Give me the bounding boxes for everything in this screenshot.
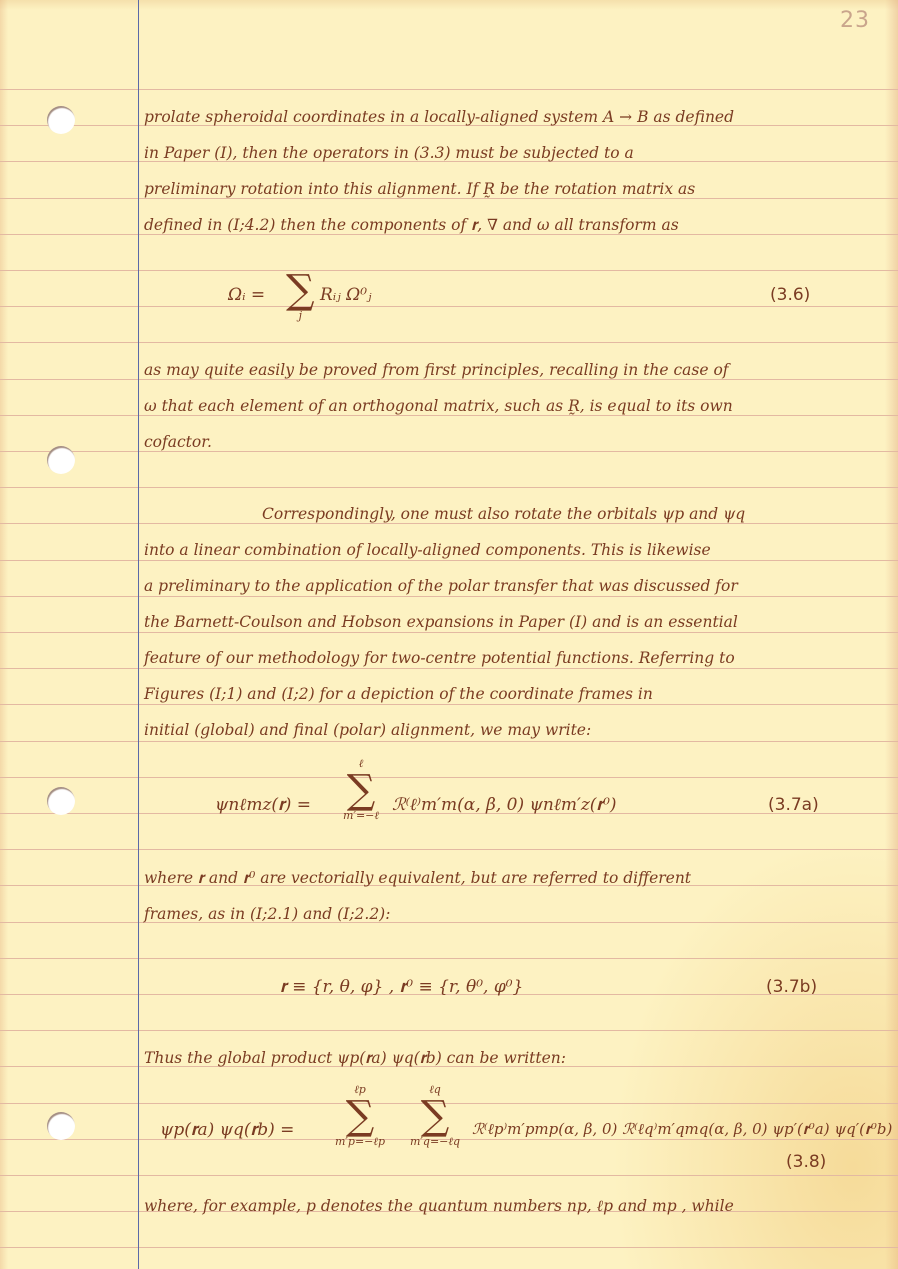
sum-lower-limit: m′=−ℓ <box>336 810 386 822</box>
text-line: feature of our methodology for two-centr… <box>144 649 884 667</box>
equation-label: (3.8) <box>786 1152 826 1172</box>
text-line: Figures (I;1) and (I;2) for a depiction … <box>144 685 884 703</box>
page-number: 23 <box>840 8 870 33</box>
sum-lower-limit: m′q=−ℓq <box>400 1136 470 1148</box>
equation-content: 𝐫 ≡ {r, θ, φ} , 𝐫⁰ ≡ {r, θ⁰, φ⁰} <box>280 977 523 997</box>
text-line: Thus the global product ψp(𝐫a) ψq(𝐫b) ca… <box>144 1049 884 1068</box>
rule-line <box>0 198 898 199</box>
summation-q: ℓq ∑ m′q=−ℓq <box>400 1084 470 1148</box>
rule-line <box>0 451 898 452</box>
text-line: as may quite easily be proved from first… <box>144 361 884 379</box>
rule-line <box>0 270 898 271</box>
equation-rhs: Rᵢⱼ Ω⁰ⱼ <box>320 285 372 305</box>
punch-hole <box>47 106 75 134</box>
text-line: preliminary rotation into this alignment… <box>144 180 884 198</box>
margin-line <box>138 0 139 1269</box>
text-line: prolate spheroidal coordinates in a loca… <box>144 108 884 126</box>
text-line: cofactor. <box>144 433 884 451</box>
rule-line <box>0 379 898 380</box>
equation-label: (3.7a) <box>768 795 819 815</box>
rule-line <box>0 668 898 669</box>
equation-label: (3.6) <box>770 285 810 305</box>
equation-rhs: ℛ⁽ℓ⁾m′m(α, β, 0) ψnℓm′z(𝐫⁰) <box>392 795 617 815</box>
rule-line <box>0 342 898 343</box>
summation-p: ℓp ∑ m′p=−ℓp <box>325 1084 395 1148</box>
punch-hole <box>47 787 75 815</box>
rule-line <box>0 560 898 561</box>
rule-line <box>0 89 898 90</box>
text-line: defined in (I;4.2) then the components o… <box>144 216 884 235</box>
rule-line <box>0 1175 898 1176</box>
sigma-symbol: ∑ <box>286 270 315 310</box>
summation: ∑ j <box>286 270 315 322</box>
text-line: a preliminary to the application of the … <box>144 577 884 595</box>
rule-line <box>0 523 898 524</box>
sigma-symbol: ∑ <box>400 1096 470 1136</box>
sigma-symbol: ∑ <box>325 1096 395 1136</box>
punch-hole <box>47 1112 75 1140</box>
rule-line <box>0 632 898 633</box>
sum-lower-limit: m′p=−ℓp <box>325 1136 395 1148</box>
punch-hole <box>47 446 75 474</box>
text-line: frames, as in (I;2.1) and (I;2.2): <box>144 905 884 923</box>
rule-line <box>0 777 898 778</box>
text-line: Correspondingly, one must also rotate th… <box>262 505 898 523</box>
rule-line <box>0 415 898 416</box>
rule-line <box>0 487 898 488</box>
rule-line <box>0 958 898 959</box>
text-line: initial (global) and final (polar) align… <box>144 721 884 739</box>
rule-line <box>0 741 898 742</box>
sigma-symbol: ∑ <box>336 770 386 810</box>
rule-line <box>0 1030 898 1031</box>
text-line: where 𝐫 and 𝐫⁰ are vectorially equivalen… <box>144 869 884 888</box>
rule-line <box>0 596 898 597</box>
text-line: where, for example, p denotes the quantu… <box>144 1197 884 1216</box>
rule-line <box>0 849 898 850</box>
rule-line <box>0 306 898 307</box>
rule-line <box>0 704 898 705</box>
text-line: into a linear combination of locally-ali… <box>144 541 884 559</box>
rule-line <box>0 1247 898 1248</box>
equation-lhs: ψp(𝐫a) ψq(𝐫b) = <box>160 1120 294 1140</box>
notebook-page: 23 prolate spheroidal coordinates in a l… <box>0 0 898 1269</box>
equation-lhs: Ωᵢ = <box>228 285 265 305</box>
equation-lhs: ψnℓmz(𝐫) = <box>215 795 311 815</box>
equation-rhs: ℛ⁽ℓp⁾m′pmp(α, β, 0) ℛ⁽ℓq⁾m′qmq(α, β, 0) … <box>472 1120 892 1139</box>
equation-label: (3.7b) <box>766 977 817 997</box>
text-line: the Barnett-Coulson and Hobson expansion… <box>144 613 884 631</box>
summation: ℓ ∑ m′=−ℓ <box>336 758 386 822</box>
text-line: in Paper (I), then the operators in (3.3… <box>144 144 884 162</box>
text-line: ω that each element of an orthogonal mat… <box>144 397 884 415</box>
